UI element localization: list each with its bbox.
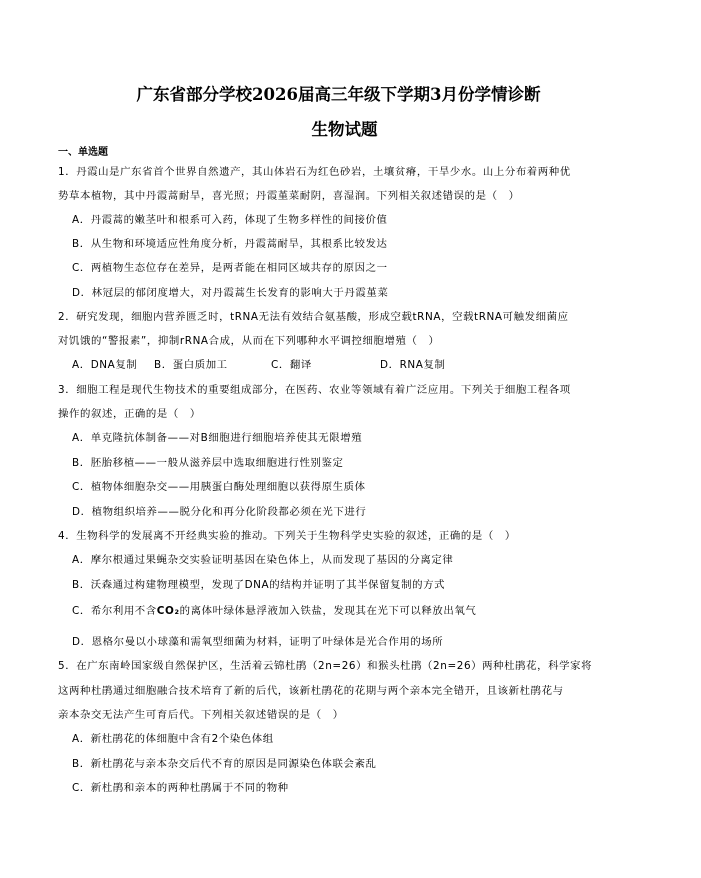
question-1-stem-line-1: 1．丹霞山是广东省首个世界自然遗产，其山体岩石为红色砂岩，土壤贫瘠，干旱少水。山… bbox=[58, 163, 571, 178]
co2-formula: CO₂ bbox=[157, 605, 180, 617]
question-4-option-b: B．沃森通过构建物理模型，发现了DNA的结构并证明了其半保留复制的方式 bbox=[72, 576, 445, 591]
question-3-option-a: A．单克隆抗体制备——对B细胞进行细胞培养使其无限增殖 bbox=[72, 429, 362, 444]
question-2-option-b: B．蛋白质加工 bbox=[154, 356, 228, 371]
question-3-stem-line-2: 操作的叙述，正确的是（ ） bbox=[58, 405, 201, 420]
question-3-stem-line-1: 3．细胞工程是现代生物技术的重要组成部分，在医药、农业等领域有着广泛应用。下列关… bbox=[58, 381, 571, 396]
question-5-option-b: B．新杜鹃花与亲本杂交后代不育的原因是同源染色体联会紊乱 bbox=[72, 755, 376, 770]
question-5-stem-line-3: 亲本杂交无法产生可育后代。下列相关叙述错误的是（ ） bbox=[58, 706, 344, 721]
question-1-option-b: B．从生物和环境适应性角度分析，丹霞蒿耐旱，其根系比较发达 bbox=[72, 235, 387, 250]
question-4-option-c: C．希尔利用不含CO₂的离体叶绿体悬浮液加入铁盐，发现其在光下可以释放出氧气 bbox=[72, 602, 476, 617]
section-heading: 一、单选题 bbox=[58, 143, 108, 158]
question-3-option-d: D．植物组织培养——脱分化和再分化阶段都必须在光下进行 bbox=[72, 503, 366, 518]
question-4-stem: 4．生物科学的发展离不开经典实验的推动。下列关于生物科学史实验的叙述，正确的是（… bbox=[58, 527, 516, 542]
question-2-option-a: A．DNA复制 bbox=[72, 356, 137, 371]
question-5-stem-line-1: 5．在广东南岭国家级自然保护区，生活着云锦杜鹃（2n=26）和猴头杜鹃（2n=2… bbox=[58, 657, 592, 672]
question-2-stem-line-2: 对饥饿的“警报素”，抑制rRNA合成，从而在下列哪种水平调控细胞增殖（ ） bbox=[58, 332, 439, 347]
document-subtitle: 生物试题 bbox=[0, 116, 695, 140]
document-title: 广东省部分学校2026届高三年级下学期3月份学情诊断 bbox=[0, 81, 689, 105]
question-5-option-a: A．新杜鹃花的体细胞中含有2个染色体组 bbox=[72, 730, 274, 745]
question-1-option-d: D．林冠层的郁闭度增大，对丹霞蒿生长发育的影响大于丹霞堇菜 bbox=[72, 284, 388, 299]
question-4-option-a: A．摩尔根通过果蝇杂交实验证明基因在染色体上，从而发现了基因的分离定律 bbox=[72, 551, 453, 566]
question-3-option-b: B．胚胎移植——一般从滋养层中选取细胞进行性别鉴定 bbox=[72, 454, 344, 469]
question-5-stem-line-2: 这两种杜鹃通过细胞融合技术培育了新的后代，该新杜鹃花的花期与两个亲本完全错开，且… bbox=[58, 682, 564, 697]
question-1-option-a: A．丹霞蒿的嫩茎叶和根系可入药，体现了生物多样性的间接价值 bbox=[72, 211, 387, 226]
question-1-stem-line-2: 势草本植物，其中丹霞蒿耐旱，喜光照；丹霞堇菜耐阴，喜湿润。下列相关叙述错误的是（… bbox=[58, 187, 520, 202]
question-1-option-c: C．两植物生态位存在差异，是两者能在相同区域共存的原因之一 bbox=[72, 259, 388, 274]
question-2-option-d: D．RNA复制 bbox=[380, 356, 445, 371]
question-4-option-c-suffix: 的离体叶绿体悬浮液加入铁盐，发现其在光下可以释放出氧气 bbox=[180, 605, 477, 617]
question-4-option-d: D．恩格尔曼以小球藻和需氧型细菌为材料，证明了叶绿体是光合作用的场所 bbox=[72, 633, 443, 648]
question-2-stem-line-1: 2．研究发现，细胞内营养匮乏时，tRNA无法有效结合氨基酸，形成空载tRNA，空… bbox=[58, 308, 569, 323]
exam-page: 广东省部分学校2026届高三年级下学期3月份学情诊断 生物试题 一、单选题 1．… bbox=[0, 0, 701, 878]
question-2-option-c: C．翻译 bbox=[271, 356, 312, 371]
question-5-option-c: C．新杜鹃和亲本的两种杜鹃属于不同的物种 bbox=[72, 779, 289, 794]
question-4-option-c-prefix: C．希尔利用不含 bbox=[72, 605, 157, 617]
question-3-option-c: C．植物体细胞杂交——用胰蛋白酶处理细胞以获得原生质体 bbox=[72, 478, 366, 493]
